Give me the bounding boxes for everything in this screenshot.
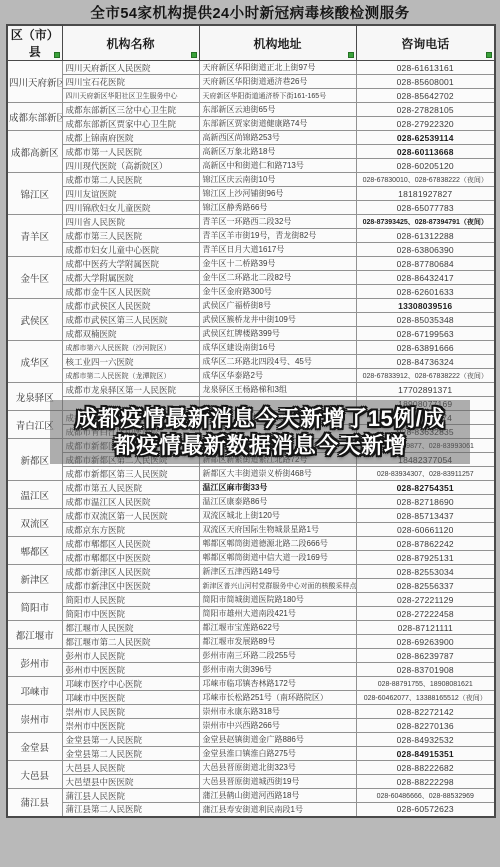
phone-cell: 028-27222458 <box>356 607 495 621</box>
phone-cell: 028-83934307、028-83911257 <box>356 467 495 481</box>
name-cell: 成都市新都区第三人民医院 <box>62 467 199 481</box>
table-row: 18908077169 <box>7 397 495 411</box>
phone-cell: 028-60205120 <box>356 159 495 173</box>
addr-cell: 新津区普兴山河村党群服务中心对面的核酸采样点 <box>199 579 356 593</box>
table-row: 彭州市中医医院彭州市南大街396号028-83701908 <box>7 663 495 677</box>
phone-cell: 18908077169 <box>356 397 495 411</box>
table-row: 成都市妇女儿童中心医院青羊区日月大道1617号028-63806390 <box>7 243 495 257</box>
table-row: 青白江区成都市青白江区人民医院青白江区凤凰大道四段9号18113034174 <box>7 411 495 425</box>
district-cell: 成都东部新区 <box>7 103 62 131</box>
name-cell: 四川天府新区华阳社区卫生服务中心 <box>62 89 199 103</box>
table-row: 成都市武侯区第三人民医院武侯区簇桥龙井中街109号028-85035348 <box>7 313 495 327</box>
name-cell: 都江堰市人民医院 <box>62 621 199 635</box>
phone-cell: 028-87862242 <box>356 537 495 551</box>
phone-cell: 028-82556337 <box>356 579 495 593</box>
addr-cell: 天府新区华阳街道通济桥下街161-165号 <box>199 89 356 103</box>
table-row: 成都市新津区中医医院新津区普兴山河村党群服务中心对面的核酸采样点028-8255… <box>7 579 495 593</box>
phone-cell: 028-83632835 <box>356 425 495 439</box>
header-row: 区（市）县 机构名称 机构地址 咨询电话 <box>7 25 495 61</box>
district-cell: 崇州市 <box>7 705 62 733</box>
phone-cell: 028-88222682 <box>356 761 495 775</box>
district-cell: 邛崃市 <box>7 677 62 705</box>
table-row: 锦江区成都市第二人民医院锦江区庆云南街10号028-67830010、028-6… <box>7 173 495 187</box>
addr-cell: 简阳市简城街道医院路180号 <box>199 593 356 607</box>
filter-marker-icon[interactable] <box>191 52 197 58</box>
district-cell: 龙泉驿区 <box>7 383 62 411</box>
addr-cell: 天府新区华阳街道正北上街97号 <box>199 61 356 75</box>
phone-cell: 028-61312288 <box>356 229 495 243</box>
phone-cell: 028-84915351 <box>356 747 495 761</box>
table-row: 成都市温江区人民医院温江区康泰路86号028-82718690 <box>7 495 495 509</box>
table-row: 武侯区成都市武侯区人民医院武侯区广福桥街8号13308039516 <box>7 299 495 313</box>
table-row: 金堂县第二人民医院金堂县淮口镇淮白路275号028-84915351 <box>7 747 495 761</box>
phone-cell: 028-27922320 <box>356 117 495 131</box>
institutions-table: 区（市）县 机构名称 机构地址 咨询电话 四川天府新区四川天府新区人民医院天府新… <box>6 24 496 818</box>
district-cell: 青羊区 <box>7 215 62 257</box>
name-cell: 成都市第二人民医院 <box>62 173 199 187</box>
name-cell: 成都市妇女儿童中心医院 <box>62 243 199 257</box>
table-row: 四川现代医院（高新院区）高新区中和街道仁和路713号028-60205120 <box>7 159 495 173</box>
name-cell: 四川宝石花医院 <box>62 75 199 89</box>
phone-cell: 028-27828105 <box>356 103 495 117</box>
name-cell: 金堂县第二人民医院 <box>62 747 199 761</box>
table-row: 成华区成都市第六人民医院（沙河院区）成华区建设南街16号028-63891666 <box>7 341 495 355</box>
name-cell: 成都东部新区三岔中心卫生院 <box>62 103 199 117</box>
table-row: 新津区成都市新津区人民医院新津区五津西路149号028-82553034 <box>7 565 495 579</box>
addr-cell: 成华区二环路北四段4号、45号 <box>199 355 356 369</box>
district-cell: 武侯区 <box>7 299 62 341</box>
name-cell: 四川省人民医院 <box>62 215 199 229</box>
col-header-name: 机构名称 <box>62 25 199 61</box>
name-cell: 蒲江县人民医院 <box>62 789 199 803</box>
addr-cell: 温江区麻市街33号 <box>199 481 356 495</box>
addr-cell: 简阳市雄州大道南段421号 <box>199 607 356 621</box>
addr-cell: 青羊区一环路西二段32号 <box>199 215 356 229</box>
addr-cell: 龙泉驿区王杨路梯和3组 <box>199 383 356 397</box>
table-row: 新都区成都市新都区人民医院新都区育英路南段199号028-83969877、02… <box>7 439 495 453</box>
addr-cell: 温江区康泰路86号 <box>199 495 356 509</box>
phone-cell: 028-60661120 <box>356 523 495 537</box>
name-cell: 金堂县第一人民医院 <box>62 733 199 747</box>
name-cell: 成都市温江区人民医院 <box>62 495 199 509</box>
table-row: 成都市第二人民医院（龙潭院区）成华区华泰路2号028-67833912、028-… <box>7 369 495 383</box>
name-cell <box>62 397 199 411</box>
addr-cell: 新都区新繁街道繁江北路72号 <box>199 453 356 467</box>
addr-cell: 双流区城北上街120号 <box>199 509 356 523</box>
table-row: 简阳市中医医院简阳市雄州大道南段421号028-27222458 <box>7 607 495 621</box>
district-cell: 金堂县 <box>7 733 62 761</box>
col-header-phone: 咨询电话 <box>356 25 495 61</box>
name-cell: 成都市武侯区人民医院 <box>62 299 199 313</box>
phone-cell: 028-63891666 <box>356 341 495 355</box>
table-row: 成都大学附属医院金牛区二环路北二段82号028-86432417 <box>7 271 495 285</box>
name-cell: 成都市新都区第二人民医院 <box>62 453 199 467</box>
table-row: 四川天府新区华阳社区卫生服务中心天府新区华阳街道通济桥下街161-165号028… <box>7 89 495 103</box>
addr-cell: 新都区育英路南段199号 <box>199 439 356 453</box>
phone-cell: 028-67830010、028-67838222（夜间） <box>356 173 495 187</box>
phone-cell: 028-27221129 <box>356 593 495 607</box>
phone-cell: 028-85035348 <box>356 313 495 327</box>
name-cell: 成都市新津区中医医院 <box>62 579 199 593</box>
phone-cell: 028-84932532 <box>356 733 495 747</box>
phone-cell: 13308039516 <box>356 299 495 313</box>
district-cell: 大邑县 <box>7 761 62 789</box>
page-title: 全市54家机构提供24小时新冠病毒核酸检测服务 <box>0 0 500 24</box>
phone-cell: 028-60572623 <box>356 803 495 817</box>
phone-cell: 028-83969877、028-83993061 <box>356 439 495 453</box>
table-row: 金牛区成都中医药大学附属医院金牛区十二桥路39号028-87780684 <box>7 257 495 271</box>
table-row: 大邑县大邑县人民医院大邑县晋原街道北街323号028-88222682 <box>7 761 495 775</box>
name-cell: 大邑县人民医院 <box>62 761 199 775</box>
addr-cell: 锦江区庆云南街10号 <box>199 173 356 187</box>
district-cell: 四川天府新区 <box>7 61 62 103</box>
phone-cell: 028-82553034 <box>356 565 495 579</box>
addr-cell: 武侯区广福桥街8号 <box>199 299 356 313</box>
table-row: 崇州市中医医院崇州市中兴西路266号028-82270136 <box>7 719 495 733</box>
col-header-address: 机构地址 <box>199 25 356 61</box>
table-row: 成都市郫都区中医医院郫都区郫筒街道中信大道一段169号028-87925131 <box>7 551 495 565</box>
table-row: 郫都区成都市郫都区人民医院郫都区郫筒街道德源北路二段666号028-878622… <box>7 537 495 551</box>
addr-cell: 成华区华泰路2号 <box>199 369 356 383</box>
name-cell: 成都东部新区贾家中心卫生院 <box>62 117 199 131</box>
phone-cell: 028-67833912、028-67838222（夜间） <box>356 369 495 383</box>
table-row: 都江堰市第二人民医院都江堰市发展路89号028-69263900 <box>7 635 495 649</box>
name-cell: 成都市青白江区中医医院 <box>62 425 199 439</box>
addr-cell: 都江堰市发展路89号 <box>199 635 356 649</box>
addr-cell: 武侯区红牌楼路399号 <box>199 327 356 341</box>
addr-cell: 蒲江县鹤山街道河西路18号 <box>199 789 356 803</box>
addr-cell: 邛崃市临邛镇杏林路172号 <box>199 677 356 691</box>
phone-cell: 028-69263900 <box>356 635 495 649</box>
addr-cell: 彭州市南大街396号 <box>199 663 356 677</box>
table-row: 核工业四一六医院成华区二环路北四段4号、45号028-84736324 <box>7 355 495 369</box>
addr-cell <box>199 397 356 411</box>
name-cell: 简阳市人民医院 <box>62 593 199 607</box>
addr-cell: 天府新区华阳街道通济巷26号 <box>199 75 356 89</box>
table-row: 崇州市崇州市人民医院崇州市永康东路318号028-82272142 <box>7 705 495 719</box>
table-row: 成都市第一人民医院高新区万象北路18号028-60113668 <box>7 145 495 159</box>
table-row: 蒲江县蒲江县人民医院蒲江县鹤山街道河西路18号028-60486666、028-… <box>7 789 495 803</box>
district-cell: 温江区 <box>7 481 62 509</box>
district-cell: 双流区 <box>7 509 62 537</box>
name-cell: 成都京东方医院 <box>62 523 199 537</box>
addr-cell: 大邑县晋原街道城西街19号 <box>199 775 356 789</box>
addr-cell: 蒲江县寿安街道利民南段1号 <box>199 803 356 817</box>
name-cell: 成都双楠医院 <box>62 327 199 341</box>
col-header-district: 区（市）县 <box>7 25 62 61</box>
addr-cell: 高新区万象北路18号 <box>199 145 356 159</box>
filter-marker-icon[interactable] <box>486 52 492 58</box>
addr-cell <box>199 425 356 439</box>
filter-marker-icon[interactable] <box>54 52 60 58</box>
addr-cell: 青羊区羊市街19号，青龙街82号 <box>199 229 356 243</box>
name-cell: 大邑望县中医医院 <box>62 775 199 789</box>
phone-cell: 028-86432417 <box>356 271 495 285</box>
phone-cell: 17702891371 <box>356 383 495 397</box>
phone-cell: 028-87925131 <box>356 551 495 565</box>
name-cell: 成都市郫都区中医医院 <box>62 551 199 565</box>
table-row: 四川天府新区四川天府新区人民医院天府新区华阳街道正北上街97号028-61613… <box>7 61 495 75</box>
name-cell: 成都市第五人民医院 <box>62 481 199 495</box>
name-cell: 成都市第六人民医院（沙河院区） <box>62 341 199 355</box>
district-cell: 彭州市 <box>7 649 62 677</box>
table-row: 金堂县金堂县第一人民医院金堂县赵镇街道金广路886号028-84932532 <box>7 733 495 747</box>
name-cell: 四川现代医院（高新院区） <box>62 159 199 173</box>
addr-cell: 成华区建设南街16号 <box>199 341 356 355</box>
addr-cell: 金牛区二环路北二段82号 <box>199 271 356 285</box>
addr-cell: 双流区天府国际生物城景星路1号 <box>199 523 356 537</box>
addr-cell: 新都区大丰街道崇义桥街468号 <box>199 467 356 481</box>
table-row: 温江区成都市第五人民医院温江区麻市街33号028-82754351 <box>7 481 495 495</box>
addr-cell: 大邑县晋原街道北街323号 <box>199 761 356 775</box>
col-header-name-label: 机构名称 <box>106 37 154 51</box>
name-cell: 邛崃市医疗中心医院 <box>62 677 199 691</box>
table-row: 四川宝石花医院天府新区华阳街道通济巷26号028-85608001 <box>7 75 495 89</box>
phone-cell: 028-60462077、13388165512（夜间） <box>356 691 495 705</box>
phone-cell: 028-67199563 <box>356 327 495 341</box>
name-cell: 核工业四一六医院 <box>62 355 199 369</box>
phone-cell: 028-88222298 <box>356 775 495 789</box>
phone-cell: 028-85642702 <box>356 89 495 103</box>
district-cell: 成华区 <box>7 341 62 383</box>
addr-cell: 东部新区云迪街65号 <box>199 103 356 117</box>
name-cell: 四川锦欣妇女儿童医院 <box>62 201 199 215</box>
phone-cell: 028-62539114 <box>356 131 495 145</box>
name-cell: 四川友谊医院 <box>62 187 199 201</box>
district-cell: 新津区 <box>7 565 62 593</box>
col-header-address-label: 机构地址 <box>253 37 301 51</box>
phone-cell: 028-82718690 <box>356 495 495 509</box>
district-cell: 成都高新区 <box>7 131 62 173</box>
name-cell: 成都中医药大学附属医院 <box>62 257 199 271</box>
addr-cell: 武侯区簇桥龙井中街109号 <box>199 313 356 327</box>
table-row: 成都京东方医院双流区天府国际生物城景星路1号028-60661120 <box>7 523 495 537</box>
table-row: 双流区成都市双流区第一人民医院双流区城北上街120号028-85713437 <box>7 509 495 523</box>
table-row: 成都双楠医院武侯区红牌楼路399号028-67199563 <box>7 327 495 341</box>
table-row: 成都东部新区成都东部新区三岔中心卫生院东部新区云迪街65号028-2782810… <box>7 103 495 117</box>
phone-cell: 028-62601633 <box>356 285 495 299</box>
name-cell: 成都市第一人民医院 <box>62 145 199 159</box>
table-row: 蒲江县第二人民医院蒲江县寿安街道利民南段1号028-60572623 <box>7 803 495 817</box>
district-cell: 锦江区 <box>7 173 62 215</box>
phone-cell: 028-83701908 <box>356 663 495 677</box>
table-row: 成都市新都区第二人民医院新都区新繁街道繁江北路72号18482377054 <box>7 453 495 467</box>
table-row: 邛崃市邛崃市医疗中心医院邛崃市临邛镇杏林路172号028-88791755、18… <box>7 677 495 691</box>
phone-cell: 028-82272142 <box>356 705 495 719</box>
addr-cell: 东部新区贾家街道健康路74号 <box>199 117 356 131</box>
name-cell: 成都市郫都区人民医院 <box>62 537 199 551</box>
table-row: 成都东部新区贾家中心卫生院东部新区贾家街道健康路74号028-27922320 <box>7 117 495 131</box>
phone-cell: 028-84736324 <box>356 355 495 369</box>
table-row: 四川锦欣妇女儿童医院锦江区静秀路66号028-65077783 <box>7 201 495 215</box>
col-header-phone-label: 咨询电话 <box>401 37 449 51</box>
district-cell: 都江堰市 <box>7 621 62 649</box>
phone-cell: 028-61613161 <box>356 61 495 75</box>
table-row: 大邑望县中医医院大邑县晋原街道城西街19号028-88222298 <box>7 775 495 789</box>
addr-cell: 郫都区郫筒街道德源北路二段666号 <box>199 537 356 551</box>
name-cell: 成都大学附属医院 <box>62 271 199 285</box>
name-cell: 成都上锦南府医院 <box>62 131 199 145</box>
phone-cell: 18113034174 <box>356 411 495 425</box>
table-row: 成都高新区成都上锦南府医院高新西区尚锦路253号028-62539114 <box>7 131 495 145</box>
table-row: 龙泉驿区成都市龙泉驿区第一人民医院龙泉驿区王杨路梯和3组17702891371 <box>7 383 495 397</box>
addr-cell: 崇州市永康东路318号 <box>199 705 356 719</box>
filter-marker-icon[interactable] <box>348 52 354 58</box>
table-row: 邛崃市中医医院邛崃市长松路251号（南环路院区）028-60462077、133… <box>7 691 495 705</box>
table-row: 成都市第三人民医院青羊区羊市街19号，青龙街82号028-61312288 <box>7 229 495 243</box>
name-cell: 崇州市人民医院 <box>62 705 199 719</box>
phone-cell: 028-88791755、18908081621 <box>356 677 495 691</box>
phone-cell: 028-82754351 <box>356 481 495 495</box>
table-row: 彭州市彭州市人民医院彭州市南三环路二段255号028-86239787 <box>7 649 495 663</box>
addr-cell: 都江堰市宝莲路622号 <box>199 621 356 635</box>
name-cell: 邛崃市中医医院 <box>62 691 199 705</box>
addr-cell: 金牛区金府路300号 <box>199 285 356 299</box>
district-cell: 青白江区 <box>7 411 62 439</box>
phone-cell: 18181927827 <box>356 187 495 201</box>
district-cell: 蒲江县 <box>7 789 62 817</box>
name-cell: 成都市双流区第一人民医院 <box>62 509 199 523</box>
addr-cell: 郫都区郫筒街道中信大道一段169号 <box>199 551 356 565</box>
addr-cell: 高新西区尚锦路253号 <box>199 131 356 145</box>
phone-cell: 028-85608001 <box>356 75 495 89</box>
phone-cell: 028-86239787 <box>356 649 495 663</box>
table-row: 青羊区四川省人民医院青羊区一环路西二段32号028-87393425、028-8… <box>7 215 495 229</box>
table-row: 成都市新都区第三人民医院新都区大丰街道崇义桥街468号028-83934307、… <box>7 467 495 481</box>
addr-cell: 锦江区上沙河铺街96号 <box>199 187 356 201</box>
phone-cell: 028-65077783 <box>356 201 495 215</box>
phone-cell: 18482377054 <box>356 453 495 467</box>
phone-cell: 028-87393425、028-87394791（夜间） <box>356 215 495 229</box>
addr-cell: 锦江区静秀路66号 <box>199 201 356 215</box>
addr-cell: 金堂县赵镇街道金广路886号 <box>199 733 356 747</box>
table-row: 成都市青白江区中医医院028-83632835 <box>7 425 495 439</box>
addr-cell: 金堂县淮口镇淮白路275号 <box>199 747 356 761</box>
table-row: 简阳市简阳市人民医院简阳市简城街道医院路180号028-27221129 <box>7 593 495 607</box>
addr-cell: 青白江区凤凰大道四段9号 <box>199 411 356 425</box>
name-cell: 都江堰市第二人民医院 <box>62 635 199 649</box>
addr-cell: 彭州市南三环路二段255号 <box>199 649 356 663</box>
name-cell: 成都市新津区人民医院 <box>62 565 199 579</box>
col-header-district-label: 区（市）县 <box>11 28 59 59</box>
name-cell: 蒲江县第二人民医院 <box>62 803 199 817</box>
phone-cell: 028-85713437 <box>356 509 495 523</box>
table-row: 都江堰市都江堰市人民医院都江堰市宝莲路622号028-87121111 <box>7 621 495 635</box>
table-row: 四川友谊医院锦江区上沙河铺街96号18181927827 <box>7 187 495 201</box>
table-row: 成都市金牛区人民医院金牛区金府路300号028-62601633 <box>7 285 495 299</box>
name-cell: 崇州市中医医院 <box>62 719 199 733</box>
name-cell: 彭州市人民医院 <box>62 649 199 663</box>
district-cell: 金牛区 <box>7 257 62 299</box>
name-cell: 四川天府新区人民医院 <box>62 61 199 75</box>
name-cell: 成都市第二人民医院（龙潭院区） <box>62 369 199 383</box>
addr-cell: 青羊区日月大道1617号 <box>199 243 356 257</box>
phone-cell: 028-82270136 <box>356 719 495 733</box>
phone-cell: 028-87780684 <box>356 257 495 271</box>
addr-cell: 崇州市中兴西路266号 <box>199 719 356 733</box>
addr-cell: 邛崃市长松路251号（南环路院区） <box>199 691 356 705</box>
name-cell: 成都市金牛区人民医院 <box>62 285 199 299</box>
name-cell: 成都市龙泉驿区第一人民医院 <box>62 383 199 397</box>
addr-cell: 金牛区十二桥路39号 <box>199 257 356 271</box>
addr-cell: 新津区五津西路149号 <box>199 565 356 579</box>
name-cell: 成都市第三人民医院 <box>62 229 199 243</box>
name-cell: 成都市新都区人民医院 <box>62 439 199 453</box>
district-cell: 郫都区 <box>7 537 62 565</box>
district-cell: 新都区 <box>7 439 62 481</box>
phone-cell: 028-60486666、028-88532969 <box>356 789 495 803</box>
name-cell: 简阳市中医医院 <box>62 607 199 621</box>
phone-cell: 028-63806390 <box>356 243 495 257</box>
district-cell: 简阳市 <box>7 593 62 621</box>
name-cell: 成都市武侯区第三人民医院 <box>62 313 199 327</box>
name-cell: 彭州市中医医院 <box>62 663 199 677</box>
phone-cell: 028-87121111 <box>356 621 495 635</box>
phone-cell: 028-60113668 <box>356 145 495 159</box>
name-cell: 成都市青白江区人民医院 <box>62 411 199 425</box>
addr-cell: 高新区中和街道仁和路713号 <box>199 159 356 173</box>
